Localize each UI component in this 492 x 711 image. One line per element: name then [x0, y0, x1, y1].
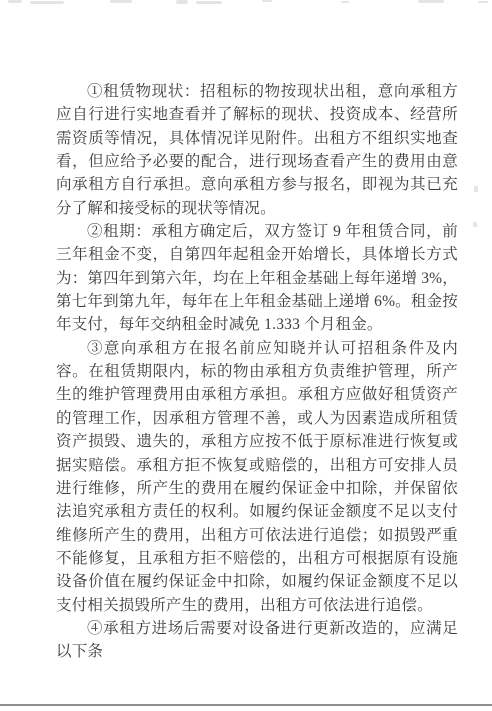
scan-artifact-speck — [474, 186, 478, 192]
scan-artifact-top-edge — [110, 0, 132, 3]
scan-artifact-top-edge — [30, 1, 64, 4]
scan-artifact-bottom-line — [0, 704, 492, 706]
scan-artifact-top-edge — [262, 0, 272, 2]
paragraph-equipment-renovation: ④承租方进场后需要对设备进行更新改造的，应满足以下条 — [56, 617, 458, 664]
document-page: ①租赁物现状：招租标的物按现状出租，意向承租方应自行进行实地查看并了解标的现状、… — [0, 0, 492, 711]
scan-artifact-top-edge — [176, 0, 188, 4]
scan-artifact-speck — [473, 222, 477, 227]
contract-text-block: ①租赁物现状：招租标的物按现状出租，意向承租方应自行进行实地查看并了解标的现状、… — [56, 80, 458, 664]
scan-artifact-top-edge — [418, 0, 444, 3]
scan-artifact-top-edge — [196, 1, 222, 4]
paragraph-tenant-obligations: ③意向承租方在报名前应知晓并认可招租条件及内容。在租赁期限内，标的物由承租方负责… — [56, 337, 458, 617]
scan-artifact-top-edge — [478, 1, 488, 3]
scan-artifact-top-edge — [8, 0, 22, 3]
scan-artifact-top-edge — [341, 1, 349, 3]
paragraph-lease-current-condition: ①租赁物现状：招租标的物按现状出租，意向承租方应自行进行实地查看并了解标的现状、… — [56, 80, 458, 220]
paragraph-lease-term: ②租期：承租方确定后，双方签订 9 年租赁合同，前三年租金不变，自第四年起租金开… — [56, 220, 458, 337]
